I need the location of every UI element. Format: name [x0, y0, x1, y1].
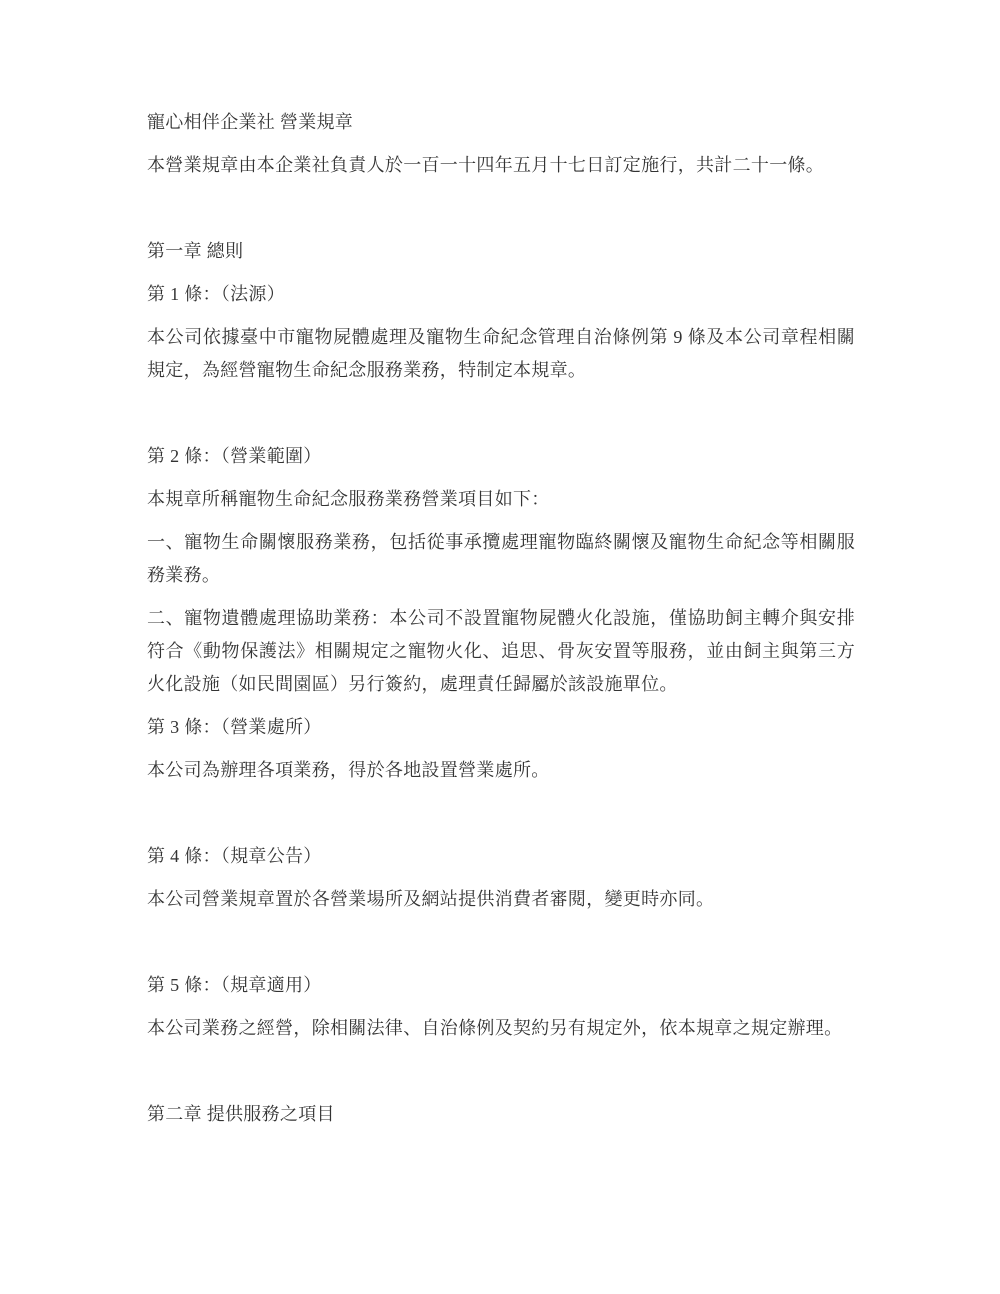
paragraph: 本規章所稱寵物生命紀念服務業務營業項目如下：: [147, 483, 855, 516]
document-body: 寵心相伴企業社 營業規章本營業規章由本企業社負責人於一百一十四年五月十七日訂定施…: [147, 106, 855, 1131]
document-page: 寵心相伴企業社 營業規章本營業規章由本企業社負責人於一百一十四年五月十七日訂定施…: [0, 0, 1000, 1294]
paragraph: 本公司營業規章置於各營業場所及網站提供消費者審閱，變更時亦同。: [147, 883, 855, 916]
paragraph-spacer: [147, 926, 855, 969]
paragraph-spacer: [147, 192, 855, 235]
article-heading: 第 5 條：（規章適用）: [147, 969, 855, 1002]
article-heading: 第 1 條：（法源）: [147, 278, 855, 311]
chapter-heading: 第二章 提供服務之項目: [147, 1098, 855, 1131]
chapter-heading: 第一章 總則: [147, 235, 855, 268]
paragraph: 本公司為辦理各項業務，得於各地設置營業處所。: [147, 754, 855, 787]
article-heading: 第 4 條：（規章公告）: [147, 840, 855, 873]
document-title: 寵心相伴企業社 營業規章: [147, 106, 855, 139]
paragraph: 本營業規章由本企業社負責人於一百一十四年五月十七日訂定施行，共計二十一條。: [147, 149, 855, 182]
paragraph-spacer: [147, 397, 855, 440]
paragraph-spacer: [147, 1055, 855, 1098]
article-heading: 第 2 條：（營業範圍）: [147, 440, 855, 473]
article-heading: 第 3 條：（營業處所）: [147, 711, 855, 744]
paragraph: 本公司業務之經營，除相關法律、自治條例及契約另有規定外，依本規章之規定辦理。: [147, 1012, 855, 1045]
paragraph-spacer: [147, 797, 855, 840]
paragraph: 一、寵物生命關懷服務業務，包括從事承攬處理寵物臨終關懷及寵物生命紀念等相關服務業…: [147, 526, 855, 592]
paragraph: 本公司依據臺中市寵物屍體處理及寵物生命紀念管理自治條例第 9 條及本公司章程相關…: [147, 321, 855, 387]
paragraph: 二、寵物遺體處理協助業務：本公司不設置寵物屍體火化設施，僅協助飼主轉介與安排符合…: [147, 602, 855, 701]
